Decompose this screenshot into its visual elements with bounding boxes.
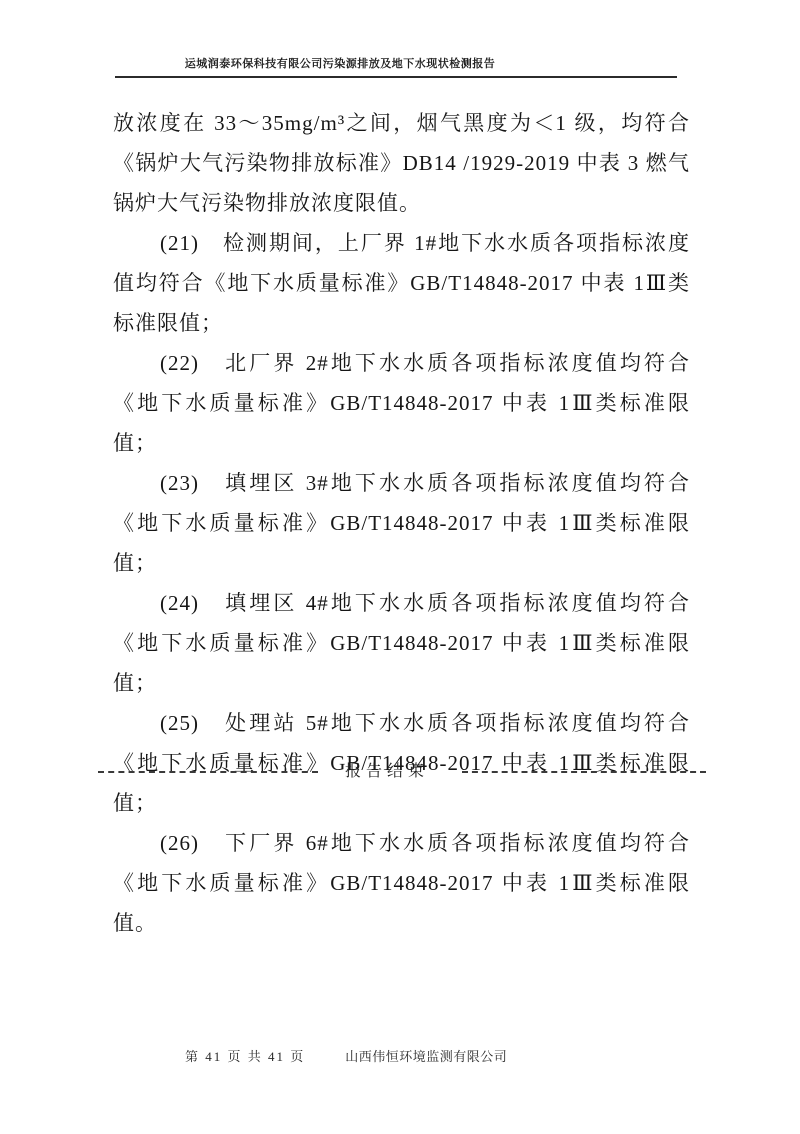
- paragraph-item-22: (22) 北厂界 2#地下水水质各项指标浓度值均符合《地下水质量标准》GB/T1…: [113, 343, 690, 463]
- report-body: 放浓度在 33～35mg/m³之间，烟气黑度为＜1 级，均符合《锅炉大气污染物排…: [113, 103, 690, 943]
- paragraph-item-24: (24) 填埋区 4#地下水水质各项指标浓度值均符合《地下水质量标准》GB/T1…: [113, 583, 690, 703]
- report-end-marker-row: 报告结束: [98, 763, 707, 781]
- end-dash-left: [98, 771, 318, 773]
- header-title: 运城润泰环保科技有限公司污染源排放及地下水现状检测报告: [110, 57, 570, 72]
- footer-company-name: 山西伟恒环境监测有限公司: [345, 1049, 507, 1064]
- report-page: 运城润泰环保科技有限公司污染源排放及地下水现状检测报告 放浓度在 33～35mg…: [0, 0, 800, 1134]
- footer-page-number: 第 41 页 共 41 页: [185, 1049, 305, 1064]
- paragraph-item-26: (26) 下厂界 6#地下水水质各项指标浓度值均符合《地下水质量标准》GB/T1…: [113, 823, 690, 943]
- end-dash-right: [462, 771, 706, 773]
- page-footer: 第 41 页 共 41 页 山西伟恒环境监测有限公司: [185, 1049, 507, 1064]
- header-rule: [115, 76, 677, 78]
- paragraph-item-21: (21) 检测期间，上厂界 1#地下水水质各项指标浓度值均符合《地下水质量标准》…: [113, 223, 690, 343]
- report-end-label: 报告结束: [345, 763, 429, 781]
- paragraph-emission-limits: 放浓度在 33～35mg/m³之间，烟气黑度为＜1 级，均符合《锅炉大气污染物排…: [113, 103, 690, 223]
- paragraph-item-23: (23) 填埋区 3#地下水水质各项指标浓度值均符合《地下水质量标准》GB/T1…: [113, 463, 690, 583]
